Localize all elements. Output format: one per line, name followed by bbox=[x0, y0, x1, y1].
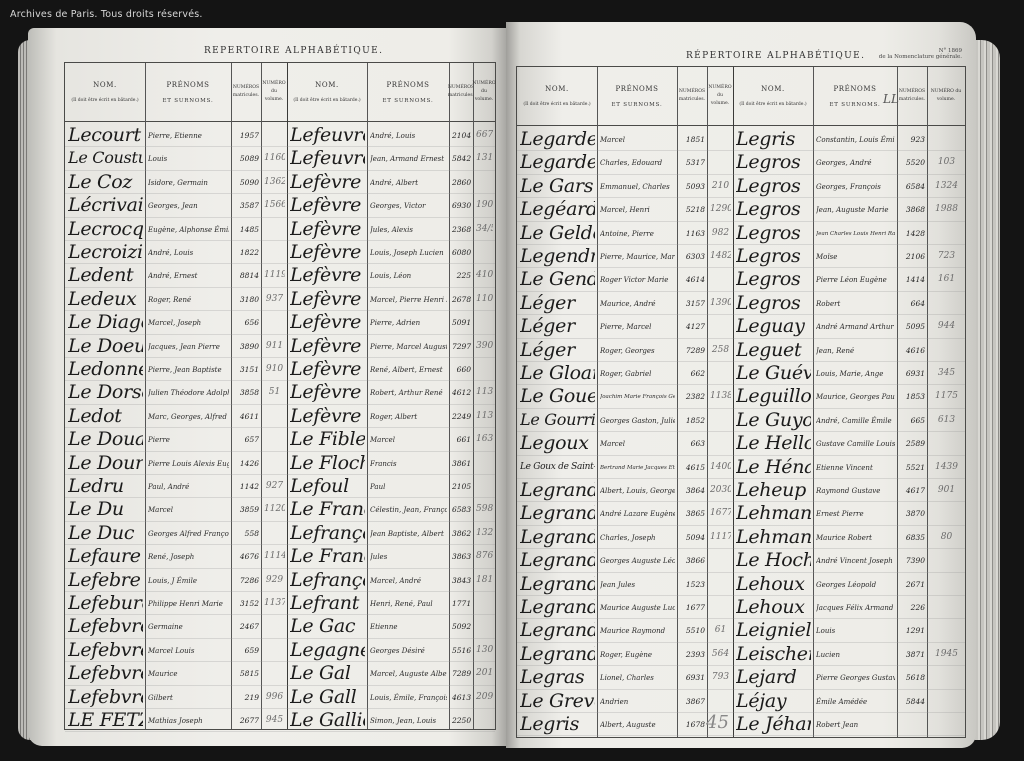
entry-matricule-number: 2249 bbox=[452, 404, 473, 427]
entry-volume-number: 944 bbox=[930, 314, 963, 337]
entry-volume-number bbox=[476, 310, 493, 333]
entry-surname: Léger bbox=[520, 314, 595, 337]
entry-matricule-number: 5520 bbox=[900, 150, 927, 173]
table-row: Le DiagonMarcel, Joseph656LefèvrePierre,… bbox=[65, 310, 495, 334]
entry-surname: Lefèvre bbox=[290, 357, 365, 380]
table-row: Le DucGeorges Alfred François558Lefranço… bbox=[65, 521, 495, 545]
entry-matricule-number: 3866 bbox=[680, 548, 707, 571]
entry-given-names: Georges, Jean bbox=[148, 193, 229, 216]
entry-surname: Le Guyon bbox=[736, 408, 811, 431]
entry-matricule-number: 1853 bbox=[900, 384, 927, 407]
entry-given-names: Marcel Louis bbox=[148, 638, 229, 661]
table-row: Le GloannecRoger, Gabriel662Le GuévelLou… bbox=[517, 361, 965, 385]
entry-volume-number bbox=[710, 267, 731, 290]
entry-given-names: André Armand Arthur bbox=[816, 314, 895, 337]
entry-matricule-number: 7289 bbox=[452, 661, 473, 684]
entry-given-names: Emmanuel, Charles bbox=[600, 174, 675, 197]
entry-given-names: Ernest Pierre bbox=[816, 501, 895, 524]
entry-surname: Le Coz bbox=[68, 170, 143, 193]
entry-given-names: Louis bbox=[816, 618, 895, 641]
entry-matricule-number: 2678 bbox=[452, 287, 473, 310]
entry-surname: Léjay bbox=[736, 689, 811, 712]
table-row: LE FETZMathias Joseph2677945Le GallicSim… bbox=[65, 708, 495, 732]
entry-surname: Lecourt bbox=[68, 123, 143, 146]
entry-volume-number bbox=[930, 618, 963, 641]
table-row: LefebreLouis, J Émile7286929LefrançoisMa… bbox=[65, 568, 495, 592]
entry-given-names: Maurice Robert bbox=[816, 525, 895, 548]
entry-matricule-number: 3871 bbox=[900, 642, 927, 665]
entry-given-names: Roger, Eugène bbox=[600, 642, 675, 665]
entry-matricule-number: 3865 bbox=[680, 501, 707, 524]
entry-surname: Lefebure bbox=[68, 591, 143, 614]
entry-matricule-number: 6835 bbox=[900, 525, 927, 548]
table-row: Le CoustumerLouis50891160LefeuvreJean, A… bbox=[65, 146, 495, 170]
entry-surname: Legrand bbox=[520, 572, 595, 595]
entry-given-names: René, Albert, Ernest bbox=[370, 357, 447, 380]
header-nom-label: NOM. bbox=[93, 81, 117, 89]
entry-matricule-number: 660 bbox=[452, 357, 473, 380]
entry-volume-number bbox=[710, 572, 731, 595]
entry-volume-number: 163 bbox=[476, 427, 493, 450]
entry-volume-number: 1120 bbox=[264, 497, 285, 520]
table-row: LefaureRené, Joseph46761114Le FrançoisJu… bbox=[65, 544, 495, 568]
entry-volume-number: 793 bbox=[710, 665, 731, 688]
entry-surname: Ledeux bbox=[68, 287, 143, 310]
entry-matricule-number: 4127 bbox=[680, 314, 707, 337]
entry-matricule-number: 225 bbox=[452, 263, 473, 286]
entry-volume-number: 911 bbox=[264, 334, 285, 357]
entry-matricule-number: 2105 bbox=[452, 474, 473, 497]
entry-given-names: Albert, Auguste bbox=[600, 712, 675, 735]
entry-surname: Legrand bbox=[520, 548, 595, 571]
entry-matricule-number: 1677 bbox=[680, 595, 707, 618]
entry-given-names: Roger, Georges bbox=[600, 338, 675, 361]
entry-given-names: Marcel, André bbox=[370, 568, 447, 591]
entry-matricule-number: 5091 bbox=[452, 310, 473, 333]
entry-matricule-number: 3870 bbox=[900, 501, 927, 524]
entry-surname: Le Duc bbox=[68, 521, 143, 544]
entry-surname: Legoux bbox=[520, 431, 595, 454]
entry-surname: Legris bbox=[736, 127, 811, 150]
table-row: Le DournerPierre Louis Alexis Eugène1426… bbox=[65, 451, 495, 475]
column-header-nom: NOM.(Il doit être écrit en bâtarde.) bbox=[517, 67, 597, 125]
entry-matricule-number: 656 bbox=[234, 310, 261, 333]
entry-matricule-number: 2467 bbox=[234, 614, 261, 637]
entry-given-names: Robert bbox=[816, 291, 895, 314]
table-row: LefeburePhilippe Henri Marie31521137Lefr… bbox=[65, 591, 495, 615]
entry-surname: Ledonné bbox=[68, 357, 143, 380]
entry-matricule-number: 6930 bbox=[452, 193, 473, 216]
table-row: LegrasLionel, Charles6931793LejardPierre… bbox=[517, 665, 965, 689]
entry-matricule-number: 7390 bbox=[900, 548, 927, 571]
table-row: Le GarsEmmanuel, Charles5093210LegrosGeo… bbox=[517, 174, 965, 198]
entry-volume-number: 1119 bbox=[264, 263, 285, 286]
entry-volume-number bbox=[930, 127, 963, 150]
entry-matricule-number: 5618 bbox=[900, 665, 927, 688]
entry-matricule-number: 4676 bbox=[234, 544, 261, 567]
entry-given-names: Joachim Marie François Georges bbox=[600, 384, 675, 407]
entry-volume-number: 1117 bbox=[710, 525, 731, 548]
entry-surname: Le Hénaff bbox=[736, 455, 811, 478]
entry-volume-number: 410 bbox=[476, 263, 493, 286]
entry-given-names: Georges Désiré bbox=[370, 638, 447, 661]
entry-volume-number bbox=[264, 240, 285, 263]
archive-watermark: Archives de Paris. Tous droits réservés. bbox=[10, 9, 203, 20]
entry-surname: Lefebvre bbox=[68, 638, 143, 661]
entry-matricule-number: 5317 bbox=[680, 150, 707, 173]
entry-given-names: Georges, Victor bbox=[370, 193, 447, 216]
entry-surname: Le Gourrierec bbox=[520, 408, 595, 431]
entry-matricule-number: 5095 bbox=[900, 314, 927, 337]
entry-volume-number: 1290 bbox=[710, 197, 731, 220]
entry-given-names: Isidore, Germain bbox=[148, 170, 229, 193]
entry-matricule-number: 5815 bbox=[234, 661, 261, 684]
entry-volume-number bbox=[930, 221, 963, 244]
entry-matricule-number: 661 bbox=[452, 427, 473, 450]
entry-matricule-number: 6931 bbox=[680, 665, 707, 688]
entry-surname: Legrand bbox=[520, 595, 595, 618]
table-row: LedentAndré, Ernest88141119LefèvreLouis,… bbox=[65, 263, 495, 287]
entry-volume-number: 1362 bbox=[264, 170, 285, 193]
entry-given-names: Célestin, Jean, François bbox=[370, 497, 447, 520]
table-row: LegrandJean Jules1523LehouxGeorges Léopo… bbox=[517, 572, 965, 596]
entry-volume-number: 61 bbox=[710, 618, 731, 641]
entry-matricule-number: 3152 bbox=[234, 591, 261, 614]
entry-given-names: Pierre Louis Alexis Eugène bbox=[148, 451, 229, 474]
entry-surname: Le Guével bbox=[736, 361, 811, 384]
entry-surname: Le Doeuil bbox=[68, 334, 143, 357]
entry-surname: Le Floch bbox=[290, 451, 365, 474]
entry-surname: Legros bbox=[736, 221, 811, 244]
column-header-pre: PRÉNOMSET SURNOMS. bbox=[145, 63, 231, 121]
entry-volume-number bbox=[710, 314, 731, 337]
left-page: REPERTOIRE ALPHABÉTIQUE. NOM.(Il doit êt… bbox=[28, 28, 506, 746]
entry-volume-number bbox=[264, 521, 285, 544]
entry-matricule-number: 219 bbox=[234, 685, 261, 708]
table-row: Le DuMarcel38591120Le FrancCélestin, Jea… bbox=[65, 497, 495, 521]
entry-matricule-number: 2368 bbox=[452, 217, 473, 240]
header-prenoms-label: PRÉNOMS bbox=[615, 85, 658, 93]
register-table-right: NOM.(Il doit être écrit en bâtarde.)PRÉN… bbox=[516, 66, 966, 738]
table-row: Le GeldonAntoine, Pierre1163982LegrosJea… bbox=[517, 221, 965, 245]
column-header-vol: NUMÉRO du volume. bbox=[473, 63, 495, 121]
entry-surname: Lefèvre bbox=[290, 170, 365, 193]
entry-given-names: Bertrand Marie Jacques Etienne bbox=[600, 455, 675, 478]
entry-volume-number bbox=[264, 661, 285, 684]
table-row: Le GouellecJoachim Marie François George… bbox=[517, 384, 965, 408]
nomenclature-number: N° 1869 de la Nomenclature générale. bbox=[876, 48, 962, 60]
entry-volume-number bbox=[930, 595, 963, 618]
register-table-left: NOM.(Il doit être écrit en bâtarde.)PRÉN… bbox=[64, 62, 496, 730]
entry-given-names: André, Camille Émile bbox=[816, 408, 895, 431]
entry-given-names: Jacques, Jean Pierre bbox=[148, 334, 229, 357]
entry-surname: Lefoul bbox=[290, 474, 365, 497]
entry-given-names: Constantin, Louis Émile bbox=[816, 127, 895, 150]
entry-volume-number: 1482 bbox=[710, 244, 731, 267]
entry-matricule-number: 4617 bbox=[900, 478, 927, 501]
entry-surname: LE FETZ bbox=[68, 708, 143, 731]
table-row: LefebvreGermaine2467Le GacEtienne5092 bbox=[65, 614, 495, 638]
entry-matricule-number: 2106 bbox=[900, 244, 927, 267]
entry-volume-number bbox=[710, 408, 731, 431]
entry-given-names: Simon, Jean, Louis bbox=[370, 708, 447, 731]
entry-given-names: Jules bbox=[370, 544, 447, 567]
entry-volume-number bbox=[476, 708, 493, 731]
entry-surname: Lefrant bbox=[290, 591, 365, 614]
entry-matricule-number: 663 bbox=[680, 431, 707, 454]
entry-volume-number: 1175 bbox=[930, 384, 963, 407]
table-row: LegrandAndré Lazare Eugène38651677Lehman… bbox=[517, 501, 965, 525]
entry-given-names: Maurice Raymond bbox=[600, 618, 675, 641]
entry-given-names: Pierre, Marcel Auguste bbox=[370, 334, 447, 357]
column-header-num: NUMÉROS matricules. bbox=[231, 63, 261, 121]
entry-volume-number: 1677 bbox=[710, 501, 731, 524]
entry-matricule-number: 1428 bbox=[900, 221, 927, 244]
entry-volume-number bbox=[264, 123, 285, 146]
entry-surname: Leguay bbox=[736, 314, 811, 337]
entry-given-names: Roger, Albert bbox=[370, 404, 447, 427]
table-row: LegéardMarcel, Henri52181290LegrosJean, … bbox=[517, 197, 965, 221]
table-row: LedeuxRoger, René3180937LefèvreMarcel, P… bbox=[65, 287, 495, 311]
entry-given-names: Pierre, Marcel bbox=[600, 314, 675, 337]
header-volume: NUMÉRO du volume. bbox=[260, 80, 287, 104]
entry-volume-number bbox=[476, 240, 493, 263]
entry-given-names: Jean, René bbox=[816, 338, 895, 361]
entry-matricule-number: 5093 bbox=[680, 174, 707, 197]
table-row: LegrandMaurice Auguste Lucien1677LehouxJ… bbox=[517, 595, 965, 619]
entry-matricule-number: 3890 bbox=[234, 334, 261, 357]
entry-surname: Lefebvre bbox=[68, 661, 143, 684]
entry-matricule-number: 5844 bbox=[900, 689, 927, 712]
table-row: LedruPaul, André1142927LefoulPaul2105 bbox=[65, 474, 495, 498]
entry-given-names: Jean, Auguste Marie bbox=[816, 197, 895, 220]
entry-surname: Lehoux bbox=[736, 572, 811, 595]
entry-surname: Lecroizier bbox=[68, 240, 143, 263]
entry-volume-number: 210 bbox=[710, 174, 731, 197]
entry-surname: Le Franc bbox=[290, 497, 365, 520]
column-header-vol: NUMÉRO du volume. bbox=[707, 67, 733, 125]
entry-surname: Legagneux bbox=[290, 638, 365, 661]
entry-surname: Le Grevès bbox=[520, 689, 595, 712]
table-row: LedonnéPierre, Jean Baptiste3151910Lefèv… bbox=[65, 357, 495, 381]
entry-surname: Legrand bbox=[520, 618, 595, 641]
column-header-pre: PRÉNOMSET SURNOMS. bbox=[367, 63, 449, 121]
entry-given-names: Pierre, Maurice, Marcel bbox=[600, 244, 675, 267]
entry-matricule-number: 6931 bbox=[900, 361, 927, 384]
entry-matricule-number: 5510 bbox=[680, 618, 707, 641]
entry-surname: Legrand bbox=[520, 525, 595, 548]
entry-volume-number: 1104 bbox=[476, 287, 493, 310]
entry-given-names: Maurice bbox=[148, 661, 229, 684]
table-row: LégerRoger, Georges7289258LeguetJean, Re… bbox=[517, 338, 965, 362]
entry-given-names: Germaine bbox=[148, 614, 229, 637]
entry-volume-number bbox=[476, 614, 493, 637]
entry-matricule-number: 4616 bbox=[900, 338, 927, 361]
entry-volume-number bbox=[710, 689, 731, 712]
entry-volume-number: 945 bbox=[264, 708, 285, 731]
entry-given-names: Pierre Léon Eugène bbox=[816, 267, 895, 290]
entry-volume-number: 1390 bbox=[710, 291, 731, 314]
right-page: RÉPERTOIRE ALPHABÉTIQUE. N° 1869 de la N… bbox=[506, 22, 976, 748]
entry-surname: Legros bbox=[736, 150, 811, 173]
entry-volume-number: 910 bbox=[264, 357, 285, 380]
entry-surname: Ledent bbox=[68, 263, 143, 286]
entry-matricule-number: 662 bbox=[680, 361, 707, 384]
entry-volume-number: 667 bbox=[476, 123, 493, 146]
table-row: Le GendreRoger Victor Marie4614LegrosPie… bbox=[517, 267, 965, 291]
entry-surname: Le Gallic bbox=[290, 708, 365, 731]
running-title: REPERTOIRE ALPHABÉTIQUE. bbox=[204, 46, 383, 56]
entry-matricule-number: 5516 bbox=[452, 638, 473, 661]
entry-surname: Le Gendre bbox=[520, 267, 595, 290]
table-row: LegrandCharles, Joseph50941117LehmannMau… bbox=[517, 525, 965, 549]
entry-volume-number bbox=[930, 689, 963, 712]
entry-matricule-number: 657 bbox=[234, 427, 261, 450]
header-prenoms-label: PRÉNOMS bbox=[166, 81, 209, 89]
column-header-nom: NOM.(Il doit être écrit en bâtarde.) bbox=[65, 63, 145, 121]
entry-volume-number: 103 bbox=[930, 150, 963, 173]
entry-volume-number: 1901 bbox=[476, 193, 493, 216]
entry-volume-number bbox=[476, 474, 493, 497]
entry-surname: Legros bbox=[736, 291, 811, 314]
header-matricule: NUMÉROS matricules. bbox=[231, 84, 261, 100]
table-row: LecroizierAndré, Louis1822LefèvreLouis, … bbox=[65, 240, 495, 264]
entry-surname: Lefrançois bbox=[290, 521, 365, 544]
entry-matricule-number: 5842 bbox=[452, 146, 473, 169]
entry-given-names: Marcel, Joseph bbox=[148, 310, 229, 333]
running-title: RÉPERTOIRE ALPHABÉTIQUE. bbox=[686, 51, 865, 61]
entry-matricule-number: 4613 bbox=[452, 685, 473, 708]
table-row: Le DouaronPierre657Le FiblecMarcel661163 bbox=[65, 427, 495, 451]
entry-matricule-number: 3863 bbox=[452, 544, 473, 567]
entry-surname: Le Hello bbox=[736, 431, 811, 454]
entry-volume-number: 876 bbox=[476, 544, 493, 567]
entry-volume-number bbox=[930, 548, 963, 571]
entry-surname: Leheup bbox=[736, 478, 811, 501]
footer-annotation: 45 bbox=[706, 712, 729, 733]
entry-matricule-number: 923 bbox=[900, 127, 927, 150]
entry-volume-number: 901 bbox=[930, 478, 963, 501]
entry-volume-number: 1160 bbox=[264, 146, 285, 169]
entry-surname: Le Coustumer bbox=[68, 146, 143, 169]
entry-given-names: Marcel, Pierre Henri Louis bbox=[370, 287, 447, 310]
entry-surname: Le Fiblec bbox=[290, 427, 365, 450]
table-row: LegouxMarcel663Le HelloGustave Camille L… bbox=[517, 431, 965, 455]
entry-given-names: Raymond Gustave bbox=[816, 478, 895, 501]
entry-volume-number bbox=[264, 614, 285, 637]
entry-surname: Legros bbox=[736, 267, 811, 290]
entry-surname: Lefèvre bbox=[290, 263, 365, 286]
entry-matricule-number: 2860 bbox=[452, 170, 473, 193]
entry-surname: Legardez bbox=[520, 150, 595, 173]
entry-given-names: Marcel bbox=[600, 127, 675, 150]
entry-surname: Legros bbox=[736, 174, 811, 197]
entry-given-names: Pierre, Jean Baptiste bbox=[148, 357, 229, 380]
header-matricule: NUMÉROS matricules. bbox=[677, 88, 707, 104]
entry-given-names: Pierre, Etienne bbox=[148, 123, 229, 146]
entry-surname: Lefèvre bbox=[290, 240, 365, 263]
entry-given-names: Roger Victor Marie bbox=[600, 267, 675, 290]
entry-volume-number bbox=[930, 665, 963, 688]
entry-given-names: Marcel bbox=[370, 427, 447, 450]
entry-volume-number: 996 bbox=[264, 685, 285, 708]
entry-given-names: Pierre, Adrien bbox=[370, 310, 447, 333]
entry-surname: Leguillon bbox=[736, 384, 811, 407]
entry-matricule-number: 3864 bbox=[680, 478, 707, 501]
header-nom-note: (Il doit être écrit en bâtarde.) bbox=[523, 102, 590, 107]
entry-matricule-number: 3587 bbox=[234, 193, 261, 216]
entry-matricule-number: 2589 bbox=[900, 431, 927, 454]
entry-volume-number: 1400 bbox=[710, 455, 731, 478]
entry-surname: Le Du bbox=[68, 497, 143, 520]
entry-volume-number: 564 bbox=[710, 642, 731, 665]
entry-matricule-number: 5089 bbox=[234, 146, 261, 169]
entry-surname: Lejard bbox=[736, 665, 811, 688]
table-row: LegrandAlbert, Louis, Georges38642030Leh… bbox=[517, 478, 965, 502]
entry-volume-number bbox=[930, 291, 963, 314]
entry-surname: Lefèvre bbox=[290, 193, 365, 216]
entry-matricule-number: 558 bbox=[234, 521, 261, 544]
entry-matricule-number: 5090 bbox=[234, 170, 261, 193]
entry-given-names: Georges Léopold bbox=[816, 572, 895, 595]
entry-surname: Legéard bbox=[520, 197, 595, 220]
entry-given-names: Antoine, Pierre bbox=[600, 221, 675, 244]
entry-given-names: Maurice, Georges Paul bbox=[816, 384, 895, 407]
entry-volume-number bbox=[264, 404, 285, 427]
entry-surname: Lecrocq bbox=[68, 217, 143, 240]
entry-matricule-number: 4611 bbox=[234, 404, 261, 427]
entry-matricule-number: 5092 bbox=[452, 614, 473, 637]
entry-volume-number bbox=[264, 451, 285, 474]
entry-given-names: Marcel bbox=[600, 431, 675, 454]
header-volume: NUMÉRO du volume. bbox=[706, 84, 733, 108]
entry-matricule-number: 1426 bbox=[234, 451, 261, 474]
table-row: LegrandGeorges Auguste Léopold3866Le Hoc… bbox=[517, 548, 965, 572]
entry-volume-number: 1138 bbox=[710, 384, 731, 407]
header-prenoms-sub: ET SURNOMS. bbox=[611, 102, 662, 108]
entry-volume-number: 34/52 bbox=[476, 217, 493, 240]
header-prenoms-sub: ET SURNOMS. bbox=[162, 98, 213, 104]
entry-given-names: Jules, Alexis bbox=[370, 217, 447, 240]
entry-surname: Le Dourner bbox=[68, 451, 143, 474]
header-nom-label: NOM. bbox=[315, 81, 339, 89]
entry-matricule-number: 3861 bbox=[452, 451, 473, 474]
entry-given-names: Roger, René bbox=[148, 287, 229, 310]
column-header-nom: NOM.(Il doit être écrit en bâtarde.) bbox=[287, 63, 367, 121]
entry-matricule-number: 4612 bbox=[452, 380, 473, 403]
header-nom-label: NOM. bbox=[545, 85, 569, 93]
entry-given-names: Émile Amédée bbox=[816, 689, 895, 712]
entry-surname: Le Gloannec bbox=[520, 361, 595, 384]
entry-given-names: Georges, André bbox=[816, 150, 895, 173]
entry-surname: Lefèvre bbox=[290, 310, 365, 333]
entry-matricule-number: 5521 bbox=[900, 455, 927, 478]
entry-given-names: André Lazare Eugène bbox=[600, 501, 675, 524]
entry-matricule-number: 8814 bbox=[234, 263, 261, 286]
entry-surname: Legros bbox=[736, 197, 811, 220]
entry-volume-number: 1324 bbox=[930, 174, 963, 197]
header-volume: NUMÉRO du volume. bbox=[927, 88, 965, 104]
column-header-num: NUMÉROS matricules. bbox=[677, 67, 707, 125]
entry-given-names: Jean Charles Louis Henri Raymond Dominiq… bbox=[816, 221, 895, 244]
entry-volume-number bbox=[476, 170, 493, 193]
entry-volume-number: 1988 bbox=[930, 197, 963, 220]
entry-matricule-number: 1822 bbox=[234, 240, 261, 263]
entry-given-names: Charles, Edouard bbox=[600, 150, 675, 173]
entry-surname: Le Gal bbox=[290, 661, 365, 684]
entry-given-names: Marcel bbox=[148, 497, 229, 520]
entry-volume-number: 2090 bbox=[476, 685, 493, 708]
